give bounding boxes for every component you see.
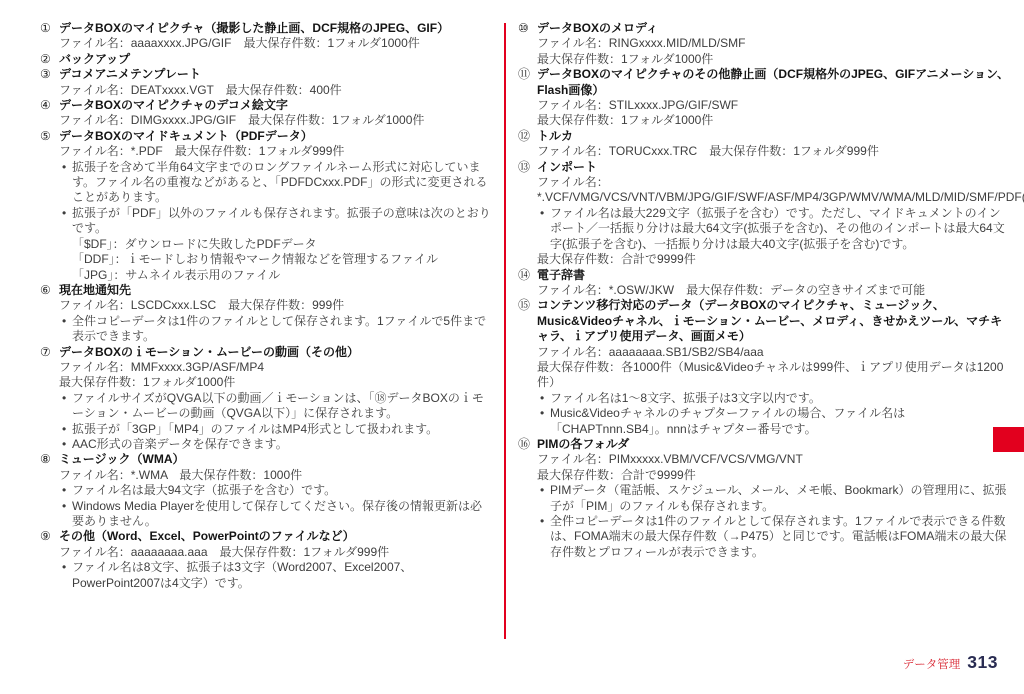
item-line-sub: 「DDF」：ｉモードしおり情報やマーク情報などを管理するファイル — [59, 252, 492, 267]
item-title: ミュージック（WMA） — [59, 452, 492, 467]
item-content: コンテンツ移行対応のデータ（データBOXのマイピクチャ、ミュージック、Music… — [537, 298, 1010, 437]
item-line-plain: ファイル名：*.PDF 最大保存件数：1フォルダ999件 — [59, 144, 492, 159]
item-title: 電子辞書 — [537, 268, 1010, 283]
item-content: PIMの各フォルダ ファイル名：PIMxxxxx.VBM/VCF/VCS/VMG… — [537, 437, 1010, 560]
item-circled-number: ⑬ — [518, 160, 537, 268]
list-item: ③ デコメアニメテンプレート ファイル名：DEATxxxx.VGT 最大保存件数… — [40, 67, 492, 98]
left-column: ① データBOXのマイピクチャ（撮影した静止画、DCF規格のJPEG、GIF） … — [40, 21, 492, 591]
section-edge-tab — [993, 427, 1024, 452]
item-title: 現在地通知先 — [59, 283, 492, 298]
item-line-plain: 最大保存件数：1フォルダ1000件 — [59, 375, 492, 390]
item-line-bullet: ファイル名は最大229文字（拡張子を含む）です。ただし、マイドキュメントのインポ… — [537, 206, 1010, 252]
item-line-bullet: 全件コピーデータは1件のファイルとして保存されます。1ファイルで5件まで表示でき… — [59, 314, 492, 345]
item-line-bullet: 拡張子を含めて半角64文字までのロングファイルネーム形式に対応しています。ファイ… — [59, 160, 492, 206]
item-title: データBOXのマイピクチャ（撮影した静止画、DCF規格のJPEG、GIF） — [59, 21, 492, 36]
item-circled-number: ⑪ — [518, 67, 537, 129]
item-content: その他（Word、Excel、PowerPointのファイルなど） ファイル名：… — [59, 529, 492, 591]
item-line-bullet: ファイルサイズがQVGA以下の動画／ｉモーションは、「⑱データBOXのｉモーショ… — [59, 391, 492, 422]
item-line-plain: ファイル名：MMFxxxx.3GP/ASF/MP4 — [59, 360, 492, 375]
list-item: ⑬ インポート ファイル名：*.VCF/VMG/VCS/VNT/VBM/JPG/… — [518, 160, 1010, 268]
item-line-plain: ファイル名：aaaaaaaa.SB1/SB2/SB4/aaa — [537, 345, 1010, 360]
item-line-plain: ファイル名：DEATxxxx.VGT 最大保存件数：400件 — [59, 83, 492, 98]
item-content: トルカ ファイル名：TORUCxxx.TRC 最大保存件数：1フォルダ999件 — [537, 129, 1010, 160]
item-content: データBOXのメロディ ファイル名：RINGxxxx.MID/MLD/SMF最大… — [537, 21, 1010, 67]
item-line-plain: 最大保存件数：1フォルダ1000件 — [537, 113, 1010, 128]
item-content: 電子辞書 ファイル名：*.OSW/JKW 最大保存件数：データの空きサイズまで可… — [537, 268, 1010, 299]
manual-page: ① データBOXのマイピクチャ（撮影した静止画、DCF規格のJPEG、GIF） … — [0, 0, 1024, 694]
item-title: データBOXのマイピクチャのその他静止画（DCF規格外のJPEG、GIFアニメー… — [537, 67, 1010, 98]
item-line-plain: ファイル名：LSCDCxxx.LSC 最大保存件数：999件 — [59, 298, 492, 313]
item-line-plain: 最大保存件数：合計で9999件 — [537, 252, 1010, 267]
item-title: トルカ — [537, 129, 1010, 144]
item-line-bullet: Music&Videoチャネルのチャプターファイルの場合、ファイル名は「CHAP… — [537, 406, 1010, 437]
item-line-bullet: ファイル名は8文字、拡張子は3文字（Word2007、Excel2007、Pow… — [59, 560, 492, 591]
item-title: データBOXのメロディ — [537, 21, 1010, 36]
item-content: データBOXのマイピクチャのその他静止画（DCF規格外のJPEG、GIFアニメー… — [537, 67, 1010, 129]
item-content: データBOXのマイピクチャのデコメ絵文字 ファイル名：DIMGxxxx.JPG/… — [59, 98, 492, 129]
footer-section-label: データ管理 — [903, 658, 961, 673]
item-circled-number: ⑤ — [40, 129, 59, 283]
item-circled-number: ⑨ — [40, 529, 59, 591]
item-circled-number: ⑭ — [518, 268, 537, 299]
item-title: インポート — [537, 160, 1010, 175]
item-circled-number: ② — [40, 52, 59, 67]
list-item: ② バックアップ — [40, 52, 492, 67]
item-line-bullet: AAC形式の音楽データを保存できます。 — [59, 437, 492, 452]
footer-page-number: 313 — [967, 655, 998, 670]
item-line-bullet: Windows Media Playerを使用して保存してください。保存後の情報… — [59, 499, 492, 530]
item-circled-number: ③ — [40, 67, 59, 98]
item-line-plain: ファイル名：STILxxxx.JPG/GIF/SWF — [537, 98, 1010, 113]
item-circled-number: ⑦ — [40, 345, 59, 453]
item-title: PIMの各フォルダ — [537, 437, 1010, 452]
page-footer: データ管理 313 — [903, 655, 998, 673]
item-title: バックアップ — [59, 52, 492, 67]
item-content: デコメアニメテンプレート ファイル名：DEATxxxx.VGT 最大保存件数：4… — [59, 67, 492, 98]
item-title: データBOXのマイピクチャのデコメ絵文字 — [59, 98, 492, 113]
item-content: データBOXのマイドキュメント（PDFデータ） ファイル名：*.PDF 最大保存… — [59, 129, 492, 283]
list-item: ⑭ 電子辞書 ファイル名：*.OSW/JKW 最大保存件数：データの空きサイズま… — [518, 268, 1010, 299]
list-item: ⑨ その他（Word、Excel、PowerPointのファイルなど） ファイル… — [40, 529, 492, 591]
item-title: デコメアニメテンプレート — [59, 67, 492, 82]
item-line-plain: ファイル名：*.VCF/VMG/VCS/VNT/VBM/JPG/GIF/SWF/… — [537, 175, 1010, 206]
item-content: インポート ファイル名：*.VCF/VMG/VCS/VNT/VBM/JPG/GI… — [537, 160, 1010, 268]
item-content: データBOXのマイピクチャ（撮影した静止画、DCF規格のJPEG、GIF） ファ… — [59, 21, 492, 52]
column-divider-rule — [504, 23, 506, 639]
item-line-bullet: 拡張子が「3GP」「MP4」のファイルはMP4形式として扱われます。 — [59, 422, 492, 437]
item-title: データBOXのマイドキュメント（PDFデータ） — [59, 129, 492, 144]
two-column-layout: ① データBOXのマイピクチャ（撮影した静止画、DCF規格のJPEG、GIF） … — [40, 21, 1010, 639]
item-line-plain: ファイル名：*.OSW/JKW 最大保存件数：データの空きサイズまで可能 — [537, 283, 1010, 298]
item-line-plain: 最大保存件数：1フォルダ1000件 — [537, 52, 1010, 67]
list-item: ① データBOXのマイピクチャ（撮影した静止画、DCF規格のJPEG、GIF） … — [40, 21, 492, 52]
list-item: ⑩ データBOXのメロディ ファイル名：RINGxxxx.MID/MLD/SMF… — [518, 21, 1010, 67]
right-column: ⑩ データBOXのメロディ ファイル名：RINGxxxx.MID/MLD/SMF… — [518, 21, 1010, 560]
item-line-plain: ファイル名：RINGxxxx.MID/MLD/SMF — [537, 36, 1010, 51]
item-line-plain: 最大保存件数：各1000件（Music&Videoチャネルは999件、ｉアプリ使… — [537, 360, 1010, 391]
item-line-sub: 「JPG」：サムネイル表示用のファイル — [59, 268, 492, 283]
item-content: バックアップ — [59, 52, 492, 67]
item-circled-number: ⑯ — [518, 437, 537, 560]
item-title: コンテンツ移行対応のデータ（データBOXのマイピクチャ、ミュージック、Music… — [537, 298, 1010, 344]
item-title: その他（Word、Excel、PowerPointのファイルなど） — [59, 529, 492, 544]
list-item: ⑫ トルカ ファイル名：TORUCxxx.TRC 最大保存件数：1フォルダ999… — [518, 129, 1010, 160]
item-content: 現在地通知先 ファイル名：LSCDCxxx.LSC 最大保存件数：999件全件コ… — [59, 283, 492, 345]
item-line-plain: ファイル名：DIMGxxxx.JPG/GIF 最大保存件数：1フォルダ1000件 — [59, 113, 492, 128]
item-line-sub: 「$DF」：ダウンロードに失敗したPDFデータ — [59, 237, 492, 252]
item-line-bullet: ファイル名は最大94文字（拡張子を含む）です。 — [59, 483, 492, 498]
item-line-plain: ファイル名：TORUCxxx.TRC 最大保存件数：1フォルダ999件 — [537, 144, 1010, 159]
list-item: ⑦ データBOXのｉモーション・ムービーの動画（その他） ファイル名：MMFxx… — [40, 345, 492, 453]
item-line-bullet: ファイル名は1～8文字、拡張子は3文字以内です。 — [537, 391, 1010, 406]
item-circled-number: ⑧ — [40, 452, 59, 529]
item-line-plain: 最大保存件数：合計で9999件 — [537, 468, 1010, 483]
item-line-plain: ファイル名：*.WMA 最大保存件数：1000件 — [59, 468, 492, 483]
list-item: ⑯ PIMの各フォルダ ファイル名：PIMxxxxx.VBM/VCF/VCS/V… — [518, 437, 1010, 560]
item-circled-number: ⑥ — [40, 283, 59, 345]
item-circled-number: ⑫ — [518, 129, 537, 160]
item-line-plain: ファイル名：aaaaxxxx.JPG/GIF 最大保存件数：1フォルダ1000件 — [59, 36, 492, 51]
list-item: ④ データBOXのマイピクチャのデコメ絵文字 ファイル名：DIMGxxxx.JP… — [40, 98, 492, 129]
list-item: ⑧ ミュージック（WMA） ファイル名：*.WMA 最大保存件数：1000件ファ… — [40, 452, 492, 529]
item-line-plain: ファイル名：PIMxxxxx.VBM/VCF/VCS/VMG/VNT — [537, 452, 1010, 467]
item-line-plain: ファイル名：aaaaaaaa.aaa 最大保存件数：1フォルダ999件 — [59, 545, 492, 560]
item-circled-number: ⑮ — [518, 298, 537, 437]
item-content: ミュージック（WMA） ファイル名：*.WMA 最大保存件数：1000件ファイル… — [59, 452, 492, 529]
item-line-bullet: 拡張子が「PDF」以外のファイルも保存されます。拡張子の意味は次のとおりです。 — [59, 206, 492, 237]
item-line-bullet: 全件コピーデータは1件のファイルとして保存されます。1ファイルで表示できる件数は… — [537, 514, 1010, 560]
item-content: データBOXのｉモーション・ムービーの動画（その他） ファイル名：MMFxxxx… — [59, 345, 492, 453]
item-circled-number: ① — [40, 21, 59, 52]
item-line-bullet: PIMデータ（電話帳、スケジュール、メール、メモ帳、Bookmark）の管理用に… — [537, 483, 1010, 514]
list-item: ⑪ データBOXのマイピクチャのその他静止画（DCF規格外のJPEG、GIFアニ… — [518, 67, 1010, 129]
list-item: ⑤ データBOXのマイドキュメント（PDFデータ） ファイル名：*.PDF 最大… — [40, 129, 492, 283]
item-title: データBOXのｉモーション・ムービーの動画（その他） — [59, 345, 492, 360]
item-circled-number: ⑩ — [518, 21, 537, 67]
list-item: ⑥ 現在地通知先 ファイル名：LSCDCxxx.LSC 最大保存件数：999件全… — [40, 283, 492, 345]
item-circled-number: ④ — [40, 98, 59, 129]
list-item: ⑮ コンテンツ移行対応のデータ（データBOXのマイピクチャ、ミュージック、Mus… — [518, 298, 1010, 437]
